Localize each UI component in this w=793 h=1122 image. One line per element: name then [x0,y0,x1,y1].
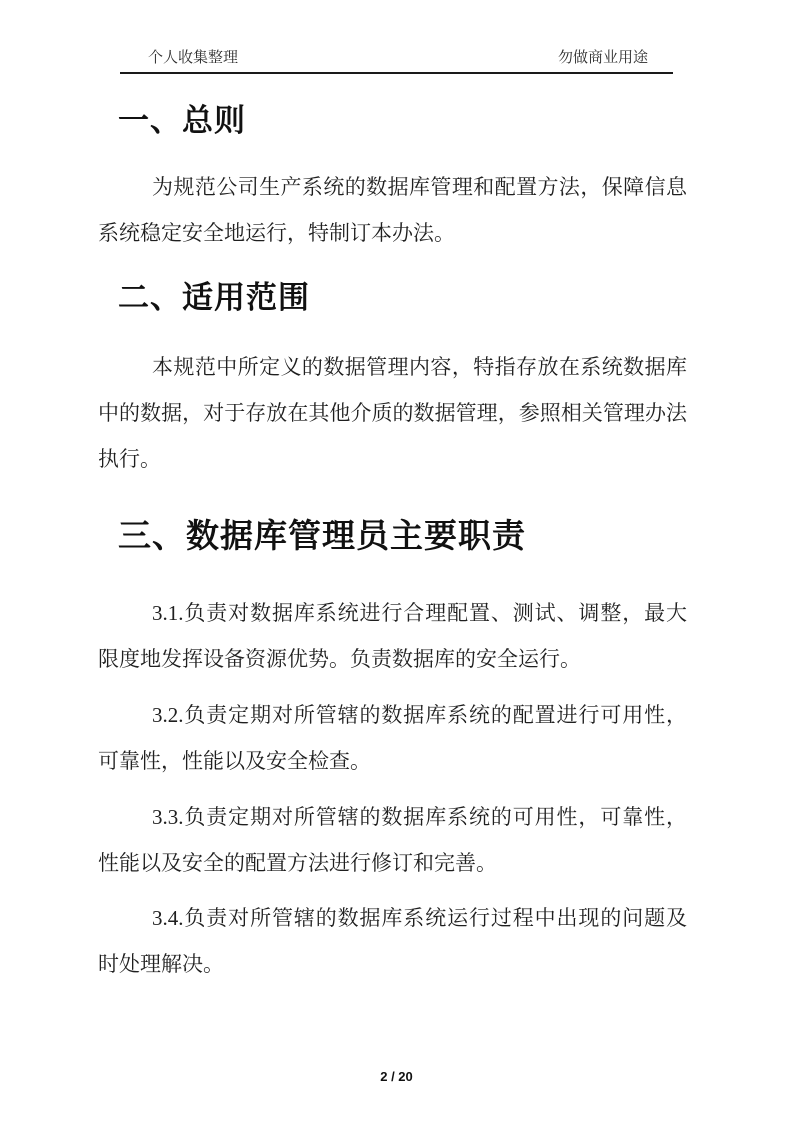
section-3-paragraph-4: 3.4.负责对所管辖的数据库系统运行过程中出现的问题及时处理解决。 [98,895,687,987]
document-page: 个人收集整理 勿做商业用途 一、总则 为规范公司生产系统的数据库管理和配置方法，… [0,0,793,1122]
document-body: 一、总则 为规范公司生产系统的数据库管理和配置方法，保障信息系统稳定安全地运行，… [98,73,687,987]
page-header: 个人收集整理 勿做商业用途 [120,50,673,74]
page-footer: 2 / 20 [0,1069,793,1084]
section-2-paragraph: 本规范中所定义的数据管理内容，特指存放在系统数据库中的数据，对于存放在其他介质的… [98,344,687,482]
section-3-paragraph-2: 3.2.负责定期对所管辖的数据库系统的配置进行可用性，可靠性，性能以及安全检查。 [98,692,687,784]
section-heading-3: 三、数据库管理员主要职责 [118,516,687,558]
section-3-paragraph-3: 3.3.负责定期对所管辖的数据库系统的可用性，可靠性，性能以及安全的配置方法进行… [98,794,687,886]
section-1-paragraph: 为规范公司生产系统的数据库管理和配置方法，保障信息系统稳定安全地运行，特制订本办… [98,164,687,256]
section-heading-2: 二、适用范围 [118,278,687,318]
page-number: 2 / 20 [380,1069,413,1084]
header-right-label: 勿做商业用途 [558,50,648,66]
section-heading-1: 一、总则 [118,101,687,141]
header-left-label: 个人收集整理 [148,50,238,66]
section-3-paragraph-1: 3.1.负责对数据库系统进行合理配置、测试、调整，最大限度地发挥设备资源优势。负… [98,590,687,682]
